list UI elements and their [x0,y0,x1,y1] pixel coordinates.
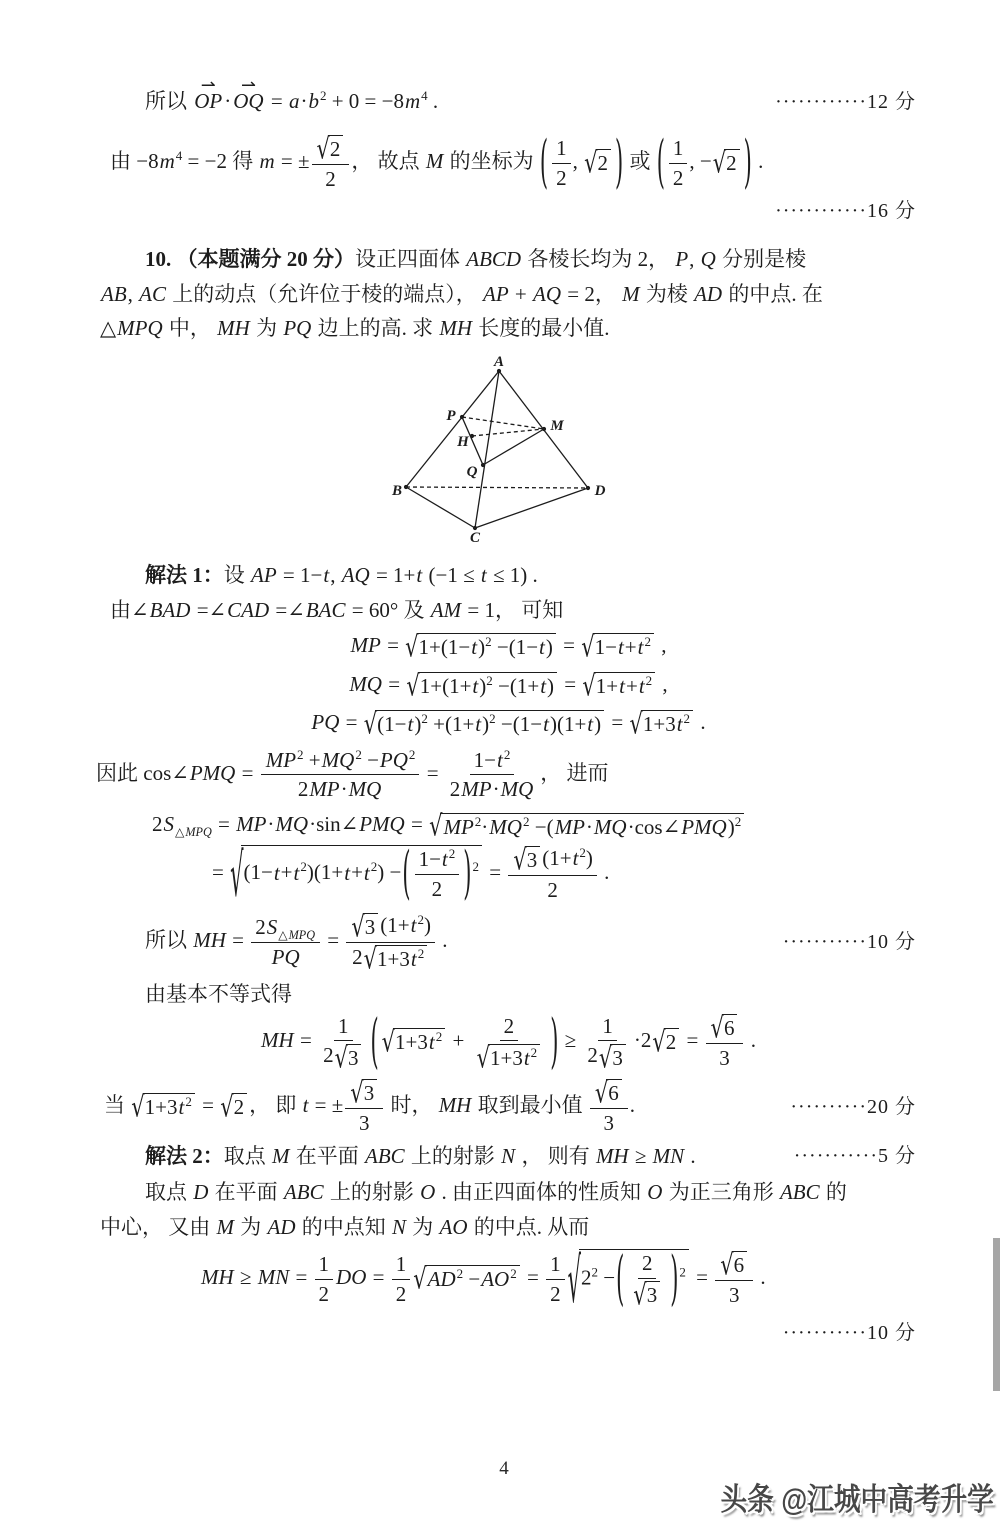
edge-QM [483,429,544,465]
formula-line: 所以 OP·OQ = a·b2 + 0 = −8m4 .············… [145,86,916,118]
formula: 当 √1+3t2 = √2， 即 t = ±√33 时， MH 取到最小值 √6… [104,1093,635,1117]
formula: 解法 2：取点 M 在平面 ABC 上的射影 N ， 则有 MH ≥ MN . [145,1144,696,1168]
vertex-label-H: H [456,434,470,450]
formula-line: △MPQ 中， MH 为 PQ 边上的高. 求 MH 长度的最小值. [100,313,916,345]
formula-line: AB, AC 上的动点（允许位于棱的端点）， AP + AQ = 2， M 为棱… [100,279,916,311]
figure-tetrahedron: APMHQBDC [100,351,916,553]
formula-line: MH = 12√3(√1+3t2 + 2√1+3t2) ≥ 12√3·2√2 =… [100,1013,916,1072]
vertex-dot-P [460,414,464,418]
formula: AB, AC 上的动点（允许位于棱的端点）， AP + AQ = 2， M 为棱… [100,282,823,306]
formula-line: 因此 cos∠PMQ = MP2 +MQ2 −PQ22MP·MQ = 1−t22… [96,747,916,804]
edge-AB [406,371,499,487]
formula-line: MP = √1+(1−t)2 −(1−t) = √1−t+t2 , [100,630,916,662]
score-marker: ············12 分 [775,87,916,117]
formula: = √(1−t+t2)(1+t+t2) −(1−t22)2 = √3(1+t2)… [212,860,609,884]
formula: 取点 D 在平面 ABC 上的射影 O . 由正四面体的性质知 O 为正三角形 … [145,1180,847,1204]
formula: 由 −8m4 = −2 得 m = ±√22， 故点 M 的坐标为 (12, √… [110,149,763,173]
formula: 由∠BAD =∠CAD =∠BAC = 60° 及 AM = 1， 可知 [110,598,563,622]
formula-line: 由∠BAD =∠CAD =∠BAC = 60° 及 AM = 1， 可知 [110,595,916,627]
formula: MH ≥ MN = 12DO = 12√AD2 −AO2 = 12√22 −(2… [200,1265,766,1289]
formula: 所以 OP·OQ = a·b2 + 0 = −8m4 . [145,89,438,113]
vertex-label-M: M [549,418,564,434]
score-marker: ············16 分 [775,200,916,222]
formula-line: 10. （本题满分 20 分）设正四面体 ABCD 各棱长均为 2， P, Q … [145,244,916,276]
formula-line: MH ≥ MN = 12DO = 12√AD2 −AO2 = 12√22 −(2… [200,1249,916,1309]
vertex-dot-Q [481,462,485,466]
scrollbar-artifact [993,1238,1000,1391]
vector-overarrow: OP [192,86,224,118]
vertex-dot-M [542,426,546,430]
formula-line: 2S△MPQ = MP·MQ·sin∠PMQ = √MP2·MQ2 −(MP·M… [152,809,916,841]
formula-line: 取点 D 在平面 ABC 上的射影 O . 由正四面体的性质知 O 为正三角形 … [145,1177,916,1209]
formula-line: 解法 2：取点 M 在平面 ABC 上的射影 N ， 则有 MH ≥ MN .·… [145,1141,916,1173]
edge-AC [475,371,499,528]
vertex-dot-D [586,485,590,489]
vertex-label-B: B [391,483,402,499]
formula-line: 由 −8m4 = −2 得 m = ±√22， 故点 M 的坐标为 (12, √… [110,134,916,193]
watermark: 头条 @江城中高考升学 [721,1474,994,1519]
formula-line: 解法 1：设 AP = 1−t, AQ = 1+t (−1 ≤ t ≤ 1) . [145,560,916,592]
formula: 解法 1：设 AP = 1−t, AQ = 1+t (−1 ≤ t ≤ 1) . [145,563,538,587]
formula: MQ = √1+(1+t)2 −(1+t) = √1+t+t2 , [348,672,667,696]
score-line: ···········10 分 [100,1317,916,1349]
formula: PQ = √(1−t)2 +(1+t)2 −(1−t)(1+t) = √1+3t… [310,710,705,734]
vertex-label-C: C [470,530,481,543]
formula-line: 中心， 又由 M 为 AD 的中点知 N 为 AO 的中点. 从而 [100,1212,916,1244]
formula: 2S△MPQ = MP·MQ·sin∠PMQ = √MP2·MQ2 −(MP·M… [152,812,746,836]
vertex-label-D: D [594,483,606,499]
solution-document: 所以 OP·OQ = a·b2 + 0 = −8m4 .············… [100,86,916,1349]
formula-line: 当 √1+3t2 = √2， 即 t = ±√33 时， MH 取到最小值 √6… [104,1078,916,1137]
formula: 10. （本题满分 20 分）设正四面体 ABCD 各棱长均为 2， P, Q … [145,247,806,271]
formula-line: 由基本不等式得 [145,979,916,1011]
formula: △MPQ 中， MH 为 PQ 边上的高. 求 MH 长度的最小值. [100,316,610,340]
vertex-label-A: A [493,354,504,370]
formula: MP = √1+(1−t)2 −(1−t) = √1−t+t2 , [349,633,666,657]
formula-line: MQ = √1+(1+t)2 −(1+t) = √1+t+t2 , [100,669,916,701]
vertex-dot-H [470,433,474,437]
score-marker: ···········10 分 [783,927,916,957]
vertex-label-Q: Q [467,464,478,480]
score-marker: ···········5 分 [794,1141,916,1171]
formula-line: = √(1−t+t2)(1+t+t2) −(1−t22)2 = √3(1+t2)… [212,845,916,904]
edge-BC [406,487,475,528]
formula-line: 所以 MH = 2S△MPQPQ = √3(1+t2)2√1+3t2 .····… [145,912,916,973]
formula: MH = 12√3(√1+3t2 + 2√1+3t2) ≥ 12√3·2√2 =… [260,1028,756,1052]
vertex-label-P: P [446,408,456,424]
score-marker: ···········10 分 [783,1322,916,1344]
vertex-dot-B [404,484,408,488]
score-line: ············16 分 [100,195,916,227]
score-marker: ··········20 分 [790,1092,916,1122]
vector-overarrow: OQ [231,86,265,118]
formula-line: PQ = √(1−t)2 +(1+t)2 −(1−t)(1+t) = √1+3t… [100,707,916,739]
formula: 中心， 又由 M 为 AD 的中点知 N 为 AO 的中点. 从而 [100,1215,589,1239]
formula: 由基本不等式得 [145,982,292,1006]
edge-CD [475,488,588,528]
formula: 所以 MH = 2S△MPQPQ = √3(1+t2)2√1+3t2 . [145,928,447,952]
edge-PM-dashed [462,417,544,429]
edge-BD-dashed [406,487,588,488]
tetrahedron-figure-svg: APMHQBDC [388,351,628,543]
formula: 因此 cos∠PMQ = MP2 +MQ2 −PQ22MP·MQ = 1−t22… [96,761,609,785]
